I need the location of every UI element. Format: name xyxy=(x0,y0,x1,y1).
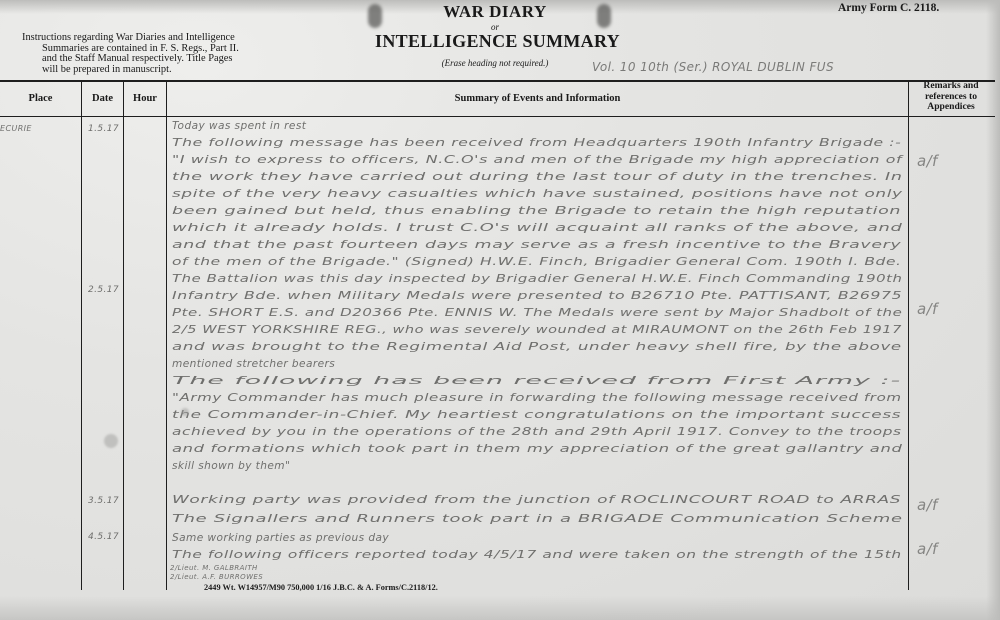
war-diary-page: Instructions regarding War Diaries and I… xyxy=(0,0,1000,620)
summary-line: 2/5 WEST YORKSHIRE REG., who was severel… xyxy=(172,324,902,336)
summary-line: skill shown by them" xyxy=(172,460,290,472)
instruction-line: Instructions regarding War Diaries and I… xyxy=(22,33,272,44)
summary-line: Same working parties as previous day xyxy=(172,532,389,544)
header-place: Place xyxy=(0,93,81,104)
header-remarks-line: Remarks and xyxy=(912,81,990,92)
date-cell: 4.5.17 xyxy=(88,532,119,542)
summary-line: "I wish to express to officers, N.C.O's … xyxy=(172,154,902,166)
title-war-diary: WAR DIARY xyxy=(420,2,570,22)
ink-blot xyxy=(104,434,118,448)
summary-line: The Signallers and Runners took part in … xyxy=(172,513,903,525)
ink-blot xyxy=(181,408,189,416)
officer-name: 2/Lieut. M. GALBRAITH xyxy=(170,564,258,572)
column-divider xyxy=(166,80,167,590)
summary-line: The following message has been received … xyxy=(172,137,901,149)
summary-line: been gained but held, thus enabling the … xyxy=(172,205,901,217)
summary-line: and formations which took part in them m… xyxy=(172,443,902,455)
punch-hole xyxy=(597,4,611,28)
summary-line: mentioned stretcher bearers xyxy=(172,358,335,370)
title-intelligence-summary: INTELLIGENCE SUMMARY xyxy=(365,31,630,52)
summary-line: and that the past fourteen days may serv… xyxy=(172,239,901,251)
place-cell: ECURIE xyxy=(0,124,32,133)
summary-line: spite of the very heavy casualties which… xyxy=(172,188,903,200)
header-bottom-rule xyxy=(0,116,995,117)
summary-line: which it already holds. I trust C.O's wi… xyxy=(172,222,903,234)
unit-name-handwritten: Vol. 10 10th (Ser.) ROYAL DUBLIN FUS xyxy=(592,60,834,74)
column-divider xyxy=(908,80,909,590)
column-divider xyxy=(81,80,82,590)
header-summary: Summary of Events and Information xyxy=(167,93,908,104)
summary-line: and was brought to the Regimental Aid Po… xyxy=(172,341,902,353)
summary-line: "Army Commander has much pleasure in for… xyxy=(172,392,902,404)
army-form-number: Army Form C. 2118. xyxy=(838,2,939,14)
instruction-line: will be prepared in manuscript. xyxy=(22,65,272,76)
form-instructions: Instructions regarding War Diaries and I… xyxy=(22,33,272,75)
date-cell: 3.5.17 xyxy=(88,496,119,506)
header-hour: Hour xyxy=(124,93,166,104)
summary-line: Infantry Bde. when Military Medals were … xyxy=(172,290,902,302)
summary-line: The Battalion was this day inspected by … xyxy=(172,273,902,285)
printer-imprint: 2449 Wt. W14957/M90 750,000 1/16 J.B.C. … xyxy=(204,583,438,592)
header-remarks: Remarks and references to Appendices xyxy=(912,81,990,113)
remark-reference: a/f xyxy=(917,152,938,170)
summary-line: The following has been received from Fir… xyxy=(172,375,901,387)
summary-line: Working party was provided from the junc… xyxy=(172,494,901,506)
summary-line: the work they have carried out during th… xyxy=(172,171,903,183)
summary-line: The following officers reported today 4/… xyxy=(172,549,902,561)
summary-line: the Commander-in-Chief. My heartiest con… xyxy=(172,409,901,421)
remark-reference: a/f xyxy=(917,300,938,318)
punch-hole xyxy=(368,4,382,28)
page-shadow-bottom xyxy=(0,596,1000,620)
date-cell: 2.5.17 xyxy=(88,285,119,295)
instruction-line: and the Staff Manual respectively. Title… xyxy=(22,54,272,65)
table-top-rule xyxy=(0,80,995,82)
header-remarks-line: Appendices xyxy=(912,102,990,113)
remark-reference: a/f xyxy=(917,496,938,514)
remark-reference: a/f xyxy=(917,540,938,558)
officer-name: 2/Lieut. A.F. BURROWES xyxy=(170,573,263,581)
date-cell: 1.5.17 xyxy=(88,124,119,134)
summary-line: Pte. SHORT E.S. and D20366 Pte. ENNIS W.… xyxy=(172,307,902,319)
header-date: Date xyxy=(82,93,123,104)
summary-line: Today was spent in rest xyxy=(172,120,306,132)
summary-line: achieved by you in the operations of the… xyxy=(172,426,902,438)
title-erase-note: (Erase heading not required.) xyxy=(420,58,570,68)
summary-line: of the men of the Brigade." (Signed) H.W… xyxy=(172,256,902,268)
column-divider xyxy=(123,80,124,590)
